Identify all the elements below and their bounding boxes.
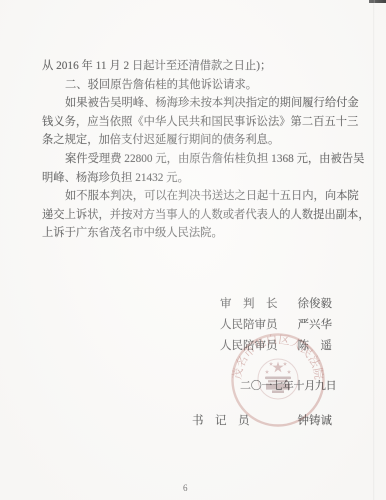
body-line: 钱义务，应当依照《中华人民共和国民事诉讼法》第二百五十三 [42, 113, 350, 132]
clerk-row: 书 记 员 钟铸诚 [192, 412, 332, 428]
signature-title: 人民陪审员 [220, 318, 278, 339]
signature-title: 审 判 长 [220, 297, 278, 318]
body-line: 从 2016 年 11 月 2 日起计至还清借款之日止)； [42, 57, 350, 76]
body-line: 如果被告吴明峰、杨海珍未按本判决指定的期间履行给付金 [42, 94, 350, 113]
signature-name: 严兴华 [298, 318, 333, 339]
body-line: 案件受理费 22800 元，由原告詹佑桂负担 1368 元，由被告吴 [42, 150, 350, 169]
document-page: 从 2016 年 11 月 2 日起计至还清借款之日止)；二、驳回原告詹佑桂的其… [0, 0, 386, 500]
scan-corner-artifact [369, 0, 386, 3]
body-line: 明峰、杨海珍负担 21432 元。 [42, 169, 350, 188]
body-line: 如不服本判决，可以在判决书送达之日起十五日内，向本院 [42, 187, 350, 206]
body-line: 条之规定，加倍支付迟延履行期间的债务利息。 [42, 131, 350, 150]
signature-row: 审 判 长徐俊毅 [220, 297, 332, 318]
judgment-date: 二〇一七年十月九日 [240, 377, 336, 393]
signature-name: 徐俊毅 [298, 297, 333, 318]
clerk-title: 书 记 员 [192, 412, 250, 428]
scan-crease-line [373, 0, 375, 500]
clerk-name: 钟铸诚 [298, 412, 333, 428]
body-text: 从 2016 年 11 月 2 日起计至还清借款之日止)；二、驳回原告詹佑桂的其… [42, 57, 350, 243]
page-number: 6 [183, 483, 188, 493]
body-line: 上诉于广东省茂名市中级人民法院。 [42, 224, 350, 243]
body-line: 递交上诉状，并按对方当事人的人数或者代表人的人数提出副本， [42, 206, 350, 225]
signature-title: 人民陪审员 [220, 339, 278, 360]
body-line: 二、驳回原告詹佑桂的其他诉讼请求。 [42, 76, 350, 95]
signature-block: 审 判 长徐俊毅人民陪审员严兴华人民陪审员陈 遥 [220, 297, 332, 360]
signature-name: 陈 遥 [298, 339, 333, 360]
signature-row: 人民陪审员严兴华 [220, 318, 332, 339]
signature-row: 人民陪审员陈 遥 [220, 339, 332, 360]
